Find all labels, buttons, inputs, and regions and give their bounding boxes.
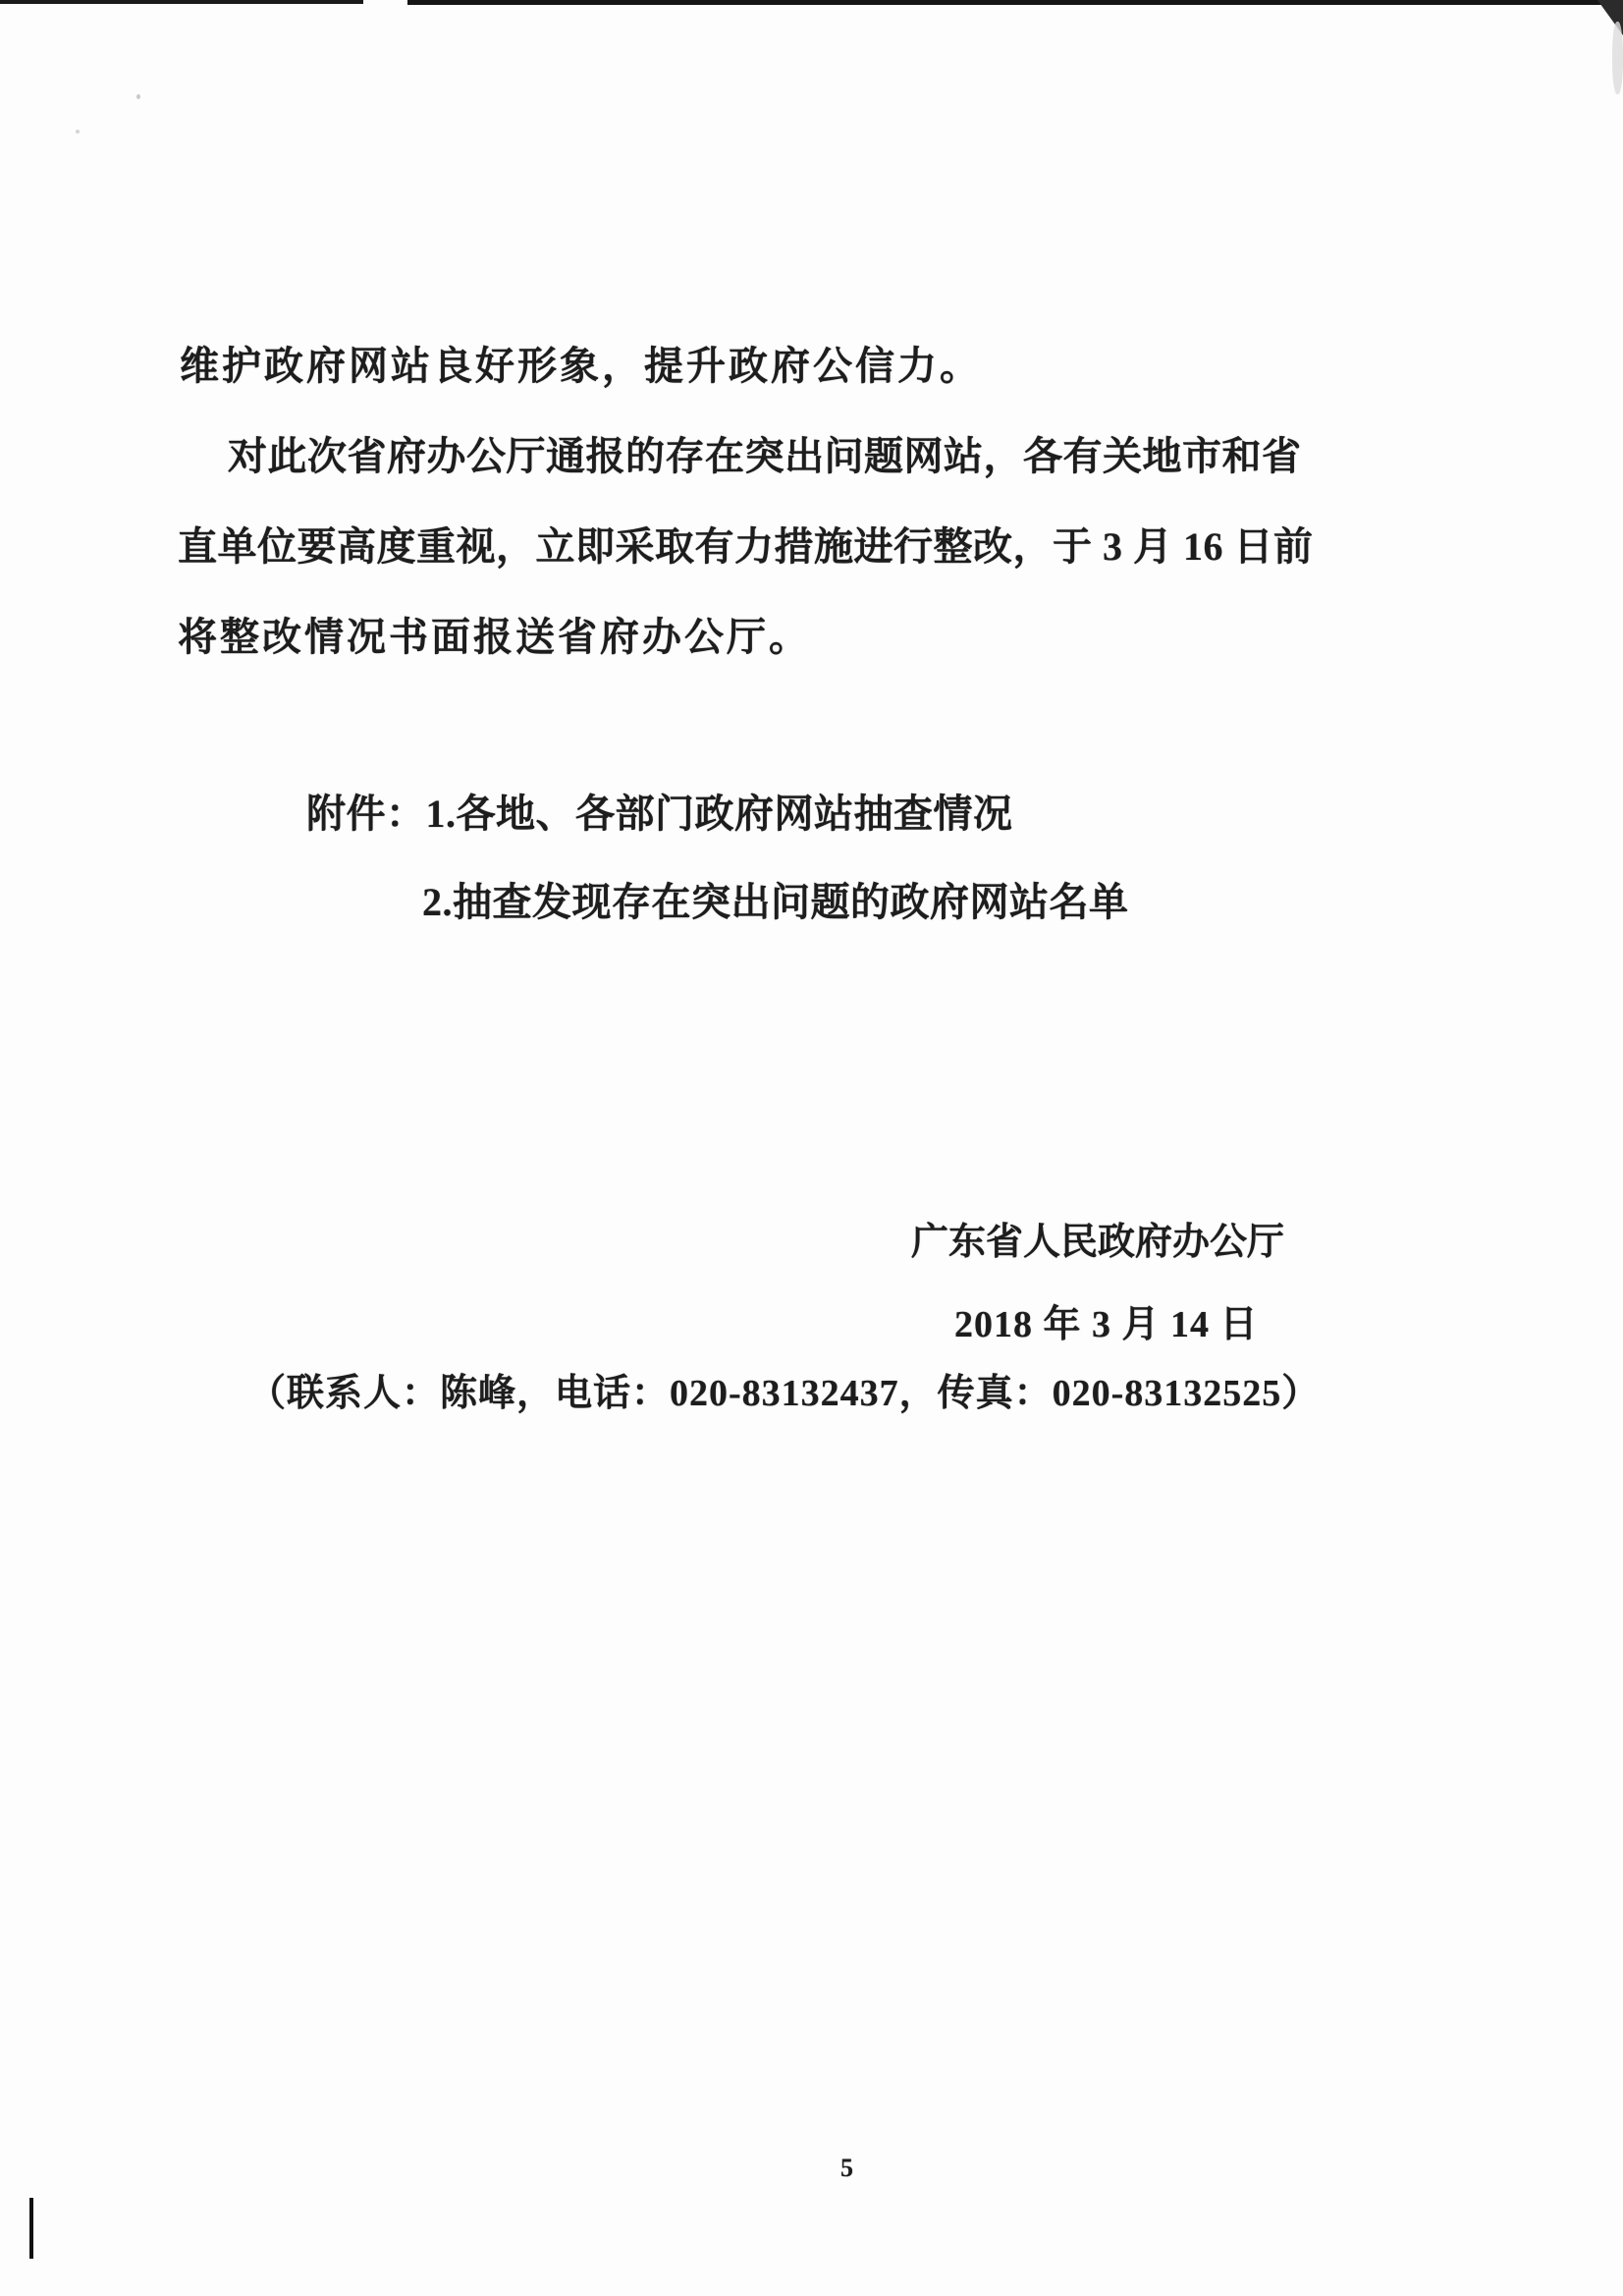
scan-artifact-bottom-streak <box>29 2198 33 2259</box>
body-line-4: 将整改情况书面报送省府办公厅。 <box>178 613 811 662</box>
attachment-line-2: 2.抽查发现存在突出问题的政府网站名单 <box>422 878 1129 927</box>
scan-artifact-top-edge-right <box>407 0 1623 5</box>
body-line-3: 直单位要高度重视，立即采取有力措施进行整改，于 3 月 16 日前 <box>178 522 1314 572</box>
signature-organization: 广东省人民政府办公厅 <box>911 1220 1284 1267</box>
page-number: 5 <box>840 2153 853 2185</box>
body-line-2: 对此次省府办公厅通报的存在突出问题网站，各有关地市和省 <box>228 432 1302 481</box>
scanned-document-page: 维护政府网站良好形象，提升政府公信力。 对此次省府办公厅通报的存在突出问题网站，… <box>0 0 1623 2296</box>
scan-artifact-speck <box>76 130 80 134</box>
scan-artifact-top-edge-left <box>0 0 363 4</box>
signature-contact-info: （联系人：陈峰，电话：020-83132437，传真：020-83132525） <box>248 1371 1320 1418</box>
attachment-line-1: 附件：1.各地、各部门政府网站抽查情况 <box>306 790 1013 839</box>
body-line-1: 维护政府网站良好形象，提升政府公信力。 <box>180 342 982 391</box>
scan-artifact-speck <box>136 94 140 99</box>
signature-date: 2018 年 3 月 14 日 <box>954 1302 1259 1349</box>
scan-artifact-edge-smudge <box>1612 22 1623 94</box>
